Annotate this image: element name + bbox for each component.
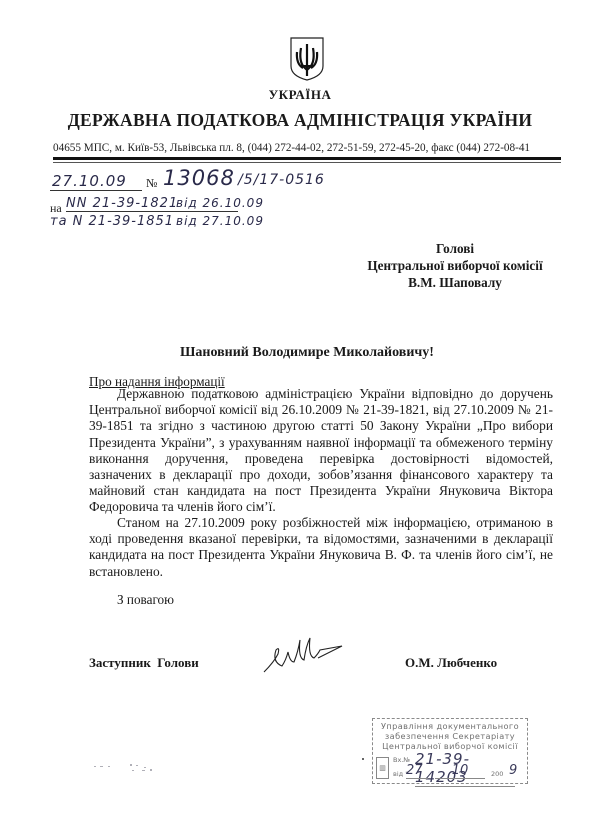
stamp-line-2: забезпечення Секретаріату [373,731,527,741]
addressee-line-1: Голові [310,240,600,257]
stamp-day: 27 [406,763,428,779]
agency-address: 04655 МПС, м. Київ-53, Львівська пл. 8, … [53,142,530,154]
stamp-year: 9 [509,763,517,778]
stamp-mark [362,758,364,760]
stamp-emblem-icon: ▥ [376,757,389,779]
stamp-month: 10 [435,763,485,779]
body-paragraph-2: Станом на 27.10.2009 року розбіжностей м… [89,515,553,580]
body-paragraph-1-text: Державною податковою адміністрацією Укра… [89,386,553,514]
closing-regards: З повагою [117,592,174,608]
reference-line-2: та N 21-39-1851 від 27.10.09 [50,214,350,234]
registration-line: 27.10.09 № 13068 /5/17-0516 [50,166,340,192]
signature-icon [262,632,344,682]
outgoing-number: 13068 [163,166,235,190]
stamp-year-label: 200 [491,770,503,778]
outgoing-date: 27.10.09 [50,172,142,191]
addressee-block: Голові Центральної виборчої комісії В.М.… [310,240,600,291]
country-name: УКРАЇНА [0,87,600,103]
incoming-registration-stamp: Управління документального забезпечення … [372,718,528,784]
agency-title: ДЕРЖАВНА ПОДАТКОВА АДМІНІСТРАЦІЯ УКРАЇНИ [0,110,600,131]
reference-line-1: на NN 21-39-1821 від 26.10.09 [50,196,350,216]
signer-name: О.М. Любченко [405,655,497,671]
number-label: № [146,176,157,191]
reference-date-1: від 26.10.09 [176,196,264,210]
reference-date-2: від 27.10.09 [176,214,264,228]
reference-number-2: та N 21-39-1851 [50,214,174,229]
scan-smudge [92,763,162,773]
stamp-line-1: Управління документального [373,721,527,731]
salutation: Шановний Володимире Миколайовичу! [0,345,600,361]
body-paragraph-2-text: Станом на 27.10.2009 року розбіжностей м… [89,515,553,579]
outgoing-number-suffix: /5/17-0516 [238,172,325,188]
trident-coat-of-arms-icon [289,36,325,82]
body-paragraph-1: Державною податковою адміністрацією Укра… [89,386,553,516]
letterhead-divider-thin [53,162,561,163]
addressee-line-2: Центральної виборчої комісії [310,257,600,274]
letterhead-divider-thick [53,157,561,160]
addressee-line-3: В.М. Шаповалу [310,274,600,291]
signer-title: Заступник Голови [89,655,199,671]
